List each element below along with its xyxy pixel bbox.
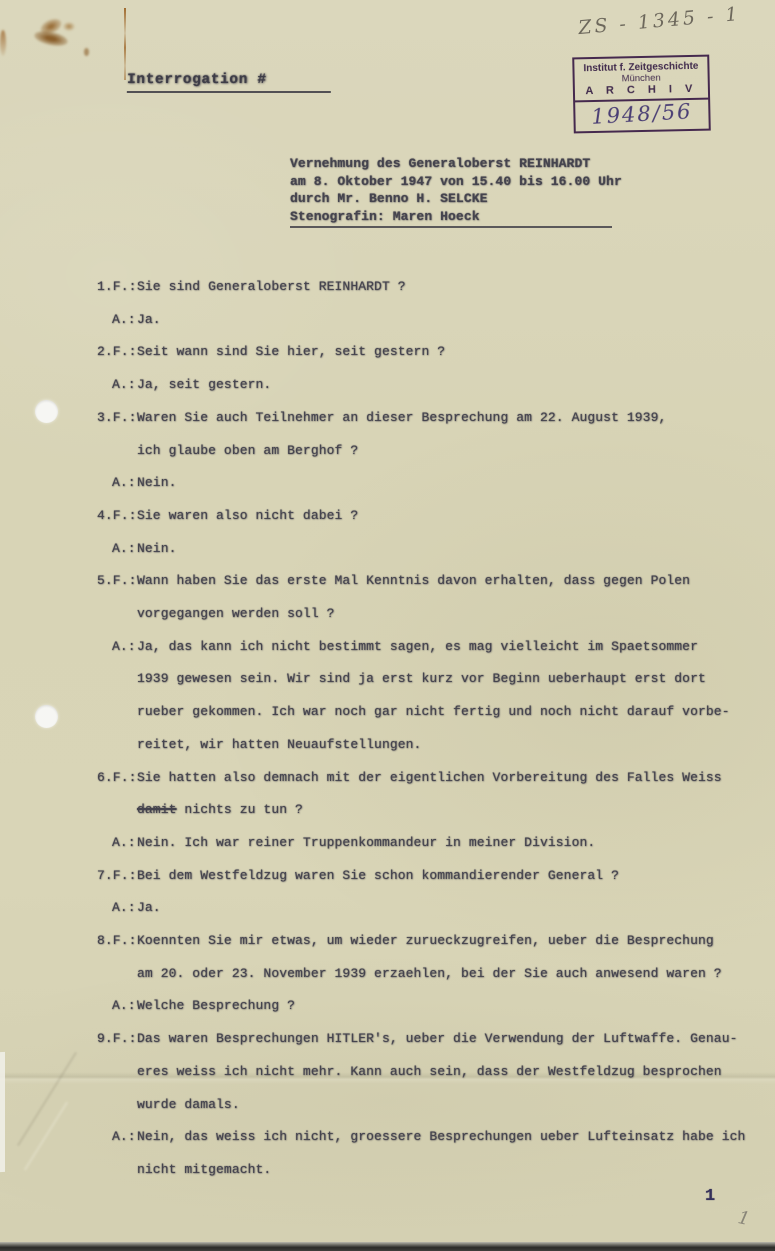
answer-label: A.: xyxy=(112,892,136,925)
question-block: 2.F.:Seit wann sind Sie hier, seit geste… xyxy=(0,336,775,369)
page-number: 1 xyxy=(705,1187,715,1206)
transcript-line: Sie waren also nicht dabei ? xyxy=(137,500,775,533)
rust-stain-edge xyxy=(0,30,6,56)
question-label: 3.F.: xyxy=(97,402,137,435)
question-block: 4.F.:Sie waren also nicht dabei ? xyxy=(0,500,775,533)
question-block: 8.F.:Koennten Sie mir etwas, um wieder z… xyxy=(0,925,775,990)
question-label: 8.F.: xyxy=(97,925,137,958)
answer-block: A.:Welche Besprechung ? xyxy=(0,990,775,1023)
question-block: 5.F.:Wann haben Sie das erste Mal Kenntn… xyxy=(0,565,775,630)
answer-label: A.: xyxy=(112,304,136,337)
answer-block: A.:Ja. xyxy=(0,304,775,337)
question-label: 4.F.: xyxy=(97,500,137,533)
scan-edge xyxy=(0,1242,775,1251)
answer-block: A.:Nein. xyxy=(0,467,775,500)
answer-block: A.:Ja, seit gestern. xyxy=(0,369,775,402)
transcript-line: ich glaube oben am Berghof ? xyxy=(137,435,775,468)
header-line-interrogator: durch Mr. Benno H. SELCKE xyxy=(290,190,622,208)
answer-block: A.:Nein. xyxy=(0,533,775,566)
transcript-line: Sie sind Generaloberst REINHARDT ? xyxy=(137,271,775,304)
document-header: Vernehmung des Generaloberst REINHARDT a… xyxy=(290,155,622,228)
scanned-document-page: ZS - 1345 - 1 Institut f. Zeitgeschichte… xyxy=(0,0,775,1251)
answer-label: A.: xyxy=(112,1121,136,1154)
transcript-line: Koennten Sie mir etwas, um wieder zuruec… xyxy=(137,925,775,958)
transcript-line: Waren Sie auch Teilnehmer an dieser Besp… xyxy=(137,402,775,435)
answer-label: A.: xyxy=(112,827,136,860)
transcript-line: Nein, das weiss ich nicht, groessere Bes… xyxy=(137,1121,775,1154)
document-title: Interrogation # xyxy=(127,72,331,93)
qa-list: 1.F.:Sie sind Generaloberst REINHARDT ?A… xyxy=(0,271,775,1187)
transcript-line: Sie hatten also demnach mit der eigentli… xyxy=(137,762,775,795)
question-label: 5.F.: xyxy=(97,565,137,598)
transcript-line: vorgegangen werden soll ? xyxy=(137,598,775,631)
transcript-line: Das waren Besprechungen HITLER's, ueber … xyxy=(137,1023,775,1056)
struck-through-word: damit xyxy=(137,802,177,817)
answer-block: A.:Ja, das kann ich nicht bestimmt sagen… xyxy=(0,631,775,762)
answer-label: A.: xyxy=(112,369,136,402)
transcript-line: am 20. oder 23. November 1939 erzaehlen,… xyxy=(137,958,775,991)
rust-stain xyxy=(84,48,89,56)
answer-label: A.: xyxy=(112,631,136,664)
answer-label: A.: xyxy=(112,533,136,566)
transcript-line: Ja, seit gestern. xyxy=(137,369,775,402)
transcript-line: Ja, das kann ich nicht bestimmt sagen, e… xyxy=(137,631,775,664)
header-line-datetime: am 8. Oktober 1947 von 15.40 bis 16.00 U… xyxy=(290,173,622,191)
transcript-line: Nein. xyxy=(137,467,775,500)
rust-stain xyxy=(63,22,75,31)
transcript-line: Nein. Ich war reiner Truppenkommandeur i… xyxy=(137,827,775,860)
question-block: 6.F.:Sie hatten also demnach mit der eig… xyxy=(0,762,775,827)
stamp-accession-number: 1948/56 xyxy=(575,97,709,133)
transcript-line: rueber gekommen. Ich war noch gar nicht … xyxy=(137,696,775,729)
answer-block: A.:Ja. xyxy=(0,892,775,925)
archive-stamp: Institut f. Zeitgeschichte München A R C… xyxy=(572,55,711,134)
question-block: 7.F.:Bei dem Westfeldzug waren Sie schon… xyxy=(0,860,775,893)
header-line-stenographer: Stenografin: Maren Hoeck xyxy=(290,208,612,229)
answer-block: A.:Nein, das weiss ich nicht, groessere … xyxy=(0,1121,775,1186)
header-line-subject: Vernehmung des Generaloberst REINHARDT xyxy=(290,155,622,173)
question-block: 3.F.:Waren Sie auch Teilnehmer an dieser… xyxy=(0,402,775,467)
transcript-line: nicht mitgemacht. xyxy=(137,1154,775,1187)
archive-stamp-header: Institut f. Zeitgeschichte München A R C… xyxy=(574,57,708,103)
transcript-line: Ja. xyxy=(137,304,775,337)
question-label: 7.F.: xyxy=(97,860,137,893)
transcript-line: Bei dem Westfeldzug waren Sie schon komm… xyxy=(137,860,775,893)
question-block: 9.F.:Das waren Besprechungen HITLER's, u… xyxy=(0,1023,775,1121)
transcript-line: Ja. xyxy=(137,892,775,925)
answer-label: A.: xyxy=(112,467,136,500)
transcript-line: 1939 gewesen sein. Wir sind ja erst kurz… xyxy=(137,663,775,696)
transcript-line: reitet, wir hatten Neuaufstellungen. xyxy=(137,729,775,762)
question-label: 9.F.: xyxy=(97,1023,137,1056)
question-label: 1.F.: xyxy=(97,271,137,304)
paperclip-rust-line xyxy=(124,8,126,80)
transcript-line: eres weiss ich nicht mehr. Kann auch sei… xyxy=(137,1056,775,1089)
answer-label: A.: xyxy=(112,990,136,1023)
question-block: 1.F.:Sie sind Generaloberst REINHARDT ? xyxy=(0,271,775,304)
transcript-line: wurde damals. xyxy=(137,1089,775,1122)
transcript-line: Welche Besprechung ? xyxy=(137,990,775,1023)
stamp-archiv-line: A R C H I V xyxy=(576,83,707,98)
transcript-line: Wann haben Sie das erste Mal Kenntnis da… xyxy=(137,565,775,598)
question-label: 2.F.: xyxy=(97,336,137,369)
question-label: 6.F.: xyxy=(97,762,137,795)
answer-block: A.:Nein. Ich war reiner Truppenkommandeu… xyxy=(0,827,775,860)
transcript-line: Nein. xyxy=(137,533,775,566)
transcript-line: damit nichts zu tun ? xyxy=(137,794,775,827)
transcript-line: Seit wann sind Sie hier, seit gestern ? xyxy=(137,336,775,369)
